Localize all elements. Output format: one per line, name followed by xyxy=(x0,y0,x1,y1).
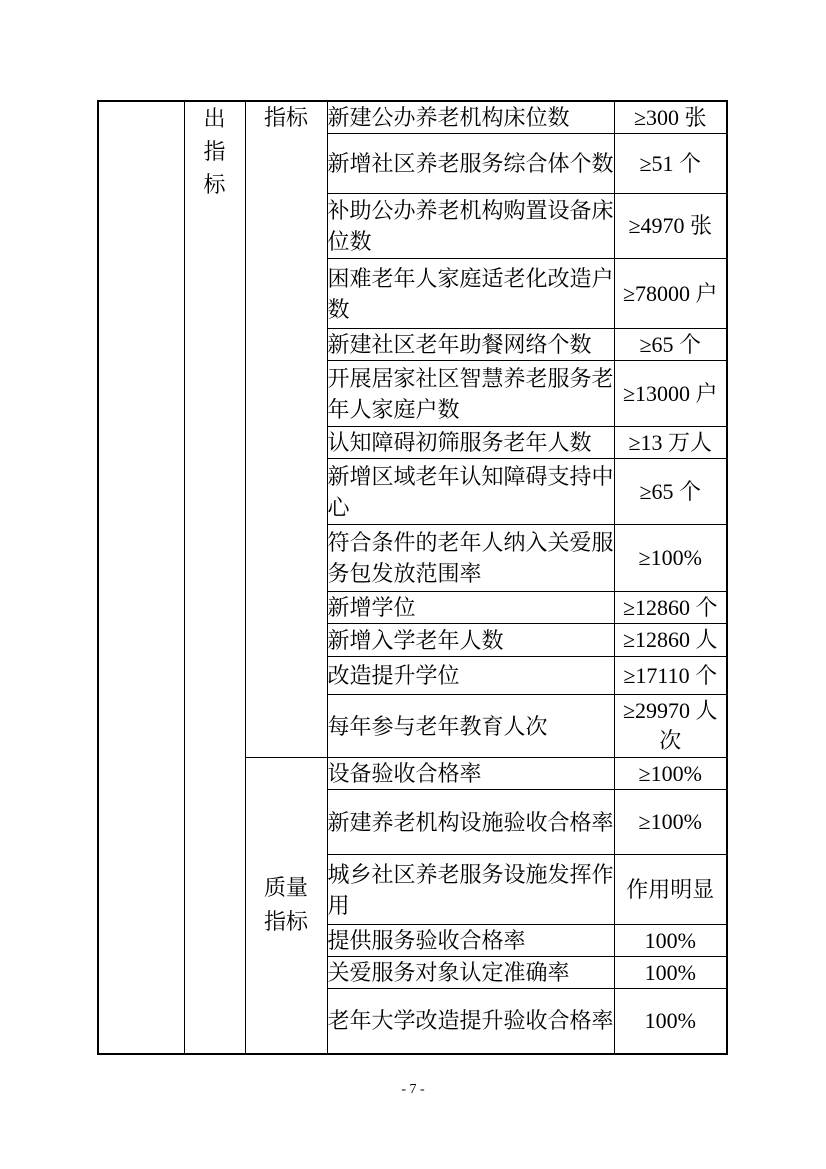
indicator-value: ≥12860 人 xyxy=(614,624,727,657)
indicator-name: 新增入学老年人数 xyxy=(327,624,614,657)
indicator-value: 作用明显 xyxy=(614,855,727,925)
indicator-value: ≥13000 户 xyxy=(614,361,727,427)
indicator-value: ≥13 万人 xyxy=(614,427,727,459)
indicator-value: ≥65 个 xyxy=(614,329,727,361)
indicator-value: ≥100% xyxy=(614,758,727,790)
indicator-value: ≥78000 户 xyxy=(614,259,727,329)
indicator-value: ≥17110 个 xyxy=(614,657,727,695)
indicator-value: ≥29970 人次 xyxy=(614,695,727,758)
document-page: 出指标 指标 新建公办养老机构床位数 ≥300 张 新增社区养老服务综合体个数 … xyxy=(0,0,826,1169)
indicator-value: ≥51 个 xyxy=(614,134,727,194)
indicator-name: 新增社区养老服务综合体个数 xyxy=(327,134,614,194)
indicator-value: ≥100% xyxy=(614,525,727,592)
indicator-value: ≥65 个 xyxy=(614,459,727,525)
quality-section-label: 质量指标 xyxy=(264,871,308,939)
quantity-section-label: 指标 xyxy=(264,105,308,130)
indicator-name: 设备验收合格率 xyxy=(327,758,614,790)
indicator-name: 新建公办养老机构床位数 xyxy=(327,101,614,134)
indicator-name: 补助公办养老机构购置设备床位数 xyxy=(327,194,614,259)
quality-section-cell: 质量指标 xyxy=(245,758,327,1054)
indicator-name: 符合条件的老年人纳入关爱服务包发放范围率 xyxy=(327,525,614,592)
page-number: - 7 - xyxy=(0,1082,826,1098)
quantity-section-cell: 指标 xyxy=(245,101,327,758)
indicator-name: 新建养老机构设施验收合格率 xyxy=(327,790,614,855)
indicator-name: 改造提升学位 xyxy=(327,657,614,695)
indicator-value: 100% xyxy=(614,957,727,989)
table-row: 出指标 指标 新建公办养老机构床位数 ≥300 张 xyxy=(98,101,727,134)
indicator-name: 新增学位 xyxy=(327,592,614,624)
indicator-name: 困难老年人家庭适老化改造户数 xyxy=(327,259,614,329)
indicator-value: ≥300 张 xyxy=(614,101,727,134)
indicator-name: 认知障碍初筛服务老年人数 xyxy=(327,427,614,459)
indicator-value: ≥4970 张 xyxy=(614,194,727,259)
indicator-value: ≥12860 个 xyxy=(614,592,727,624)
output-indicator-group-label: 出指标 xyxy=(204,102,226,201)
indicator-value: ≥100% xyxy=(614,790,727,855)
indicator-name: 新增区域老年认知障碍支持中心 xyxy=(327,459,614,525)
indicator-name: 关爱服务对象认定准确率 xyxy=(327,957,614,989)
output-indicator-group-cell: 出指标 xyxy=(184,101,245,1054)
indicator-name: 新建社区老年助餐网络个数 xyxy=(327,329,614,361)
indicator-name: 提供服务验收合格率 xyxy=(327,925,614,957)
indicator-name: 开展居家社区智慧养老服务老年人家庭户数 xyxy=(327,361,614,427)
left-continuation-cell xyxy=(98,101,184,1054)
indicator-value: 100% xyxy=(614,989,727,1054)
indicator-value: 100% xyxy=(614,925,727,957)
indicator-name: 老年大学改造提升验收合格率 xyxy=(327,989,614,1054)
indicator-table: 出指标 指标 新建公办养老机构床位数 ≥300 张 新增社区养老服务综合体个数 … xyxy=(97,100,728,1055)
indicator-name: 城乡社区养老服务设施发挥作用 xyxy=(327,855,614,925)
indicator-name: 每年参与老年教育人次 xyxy=(327,695,614,758)
